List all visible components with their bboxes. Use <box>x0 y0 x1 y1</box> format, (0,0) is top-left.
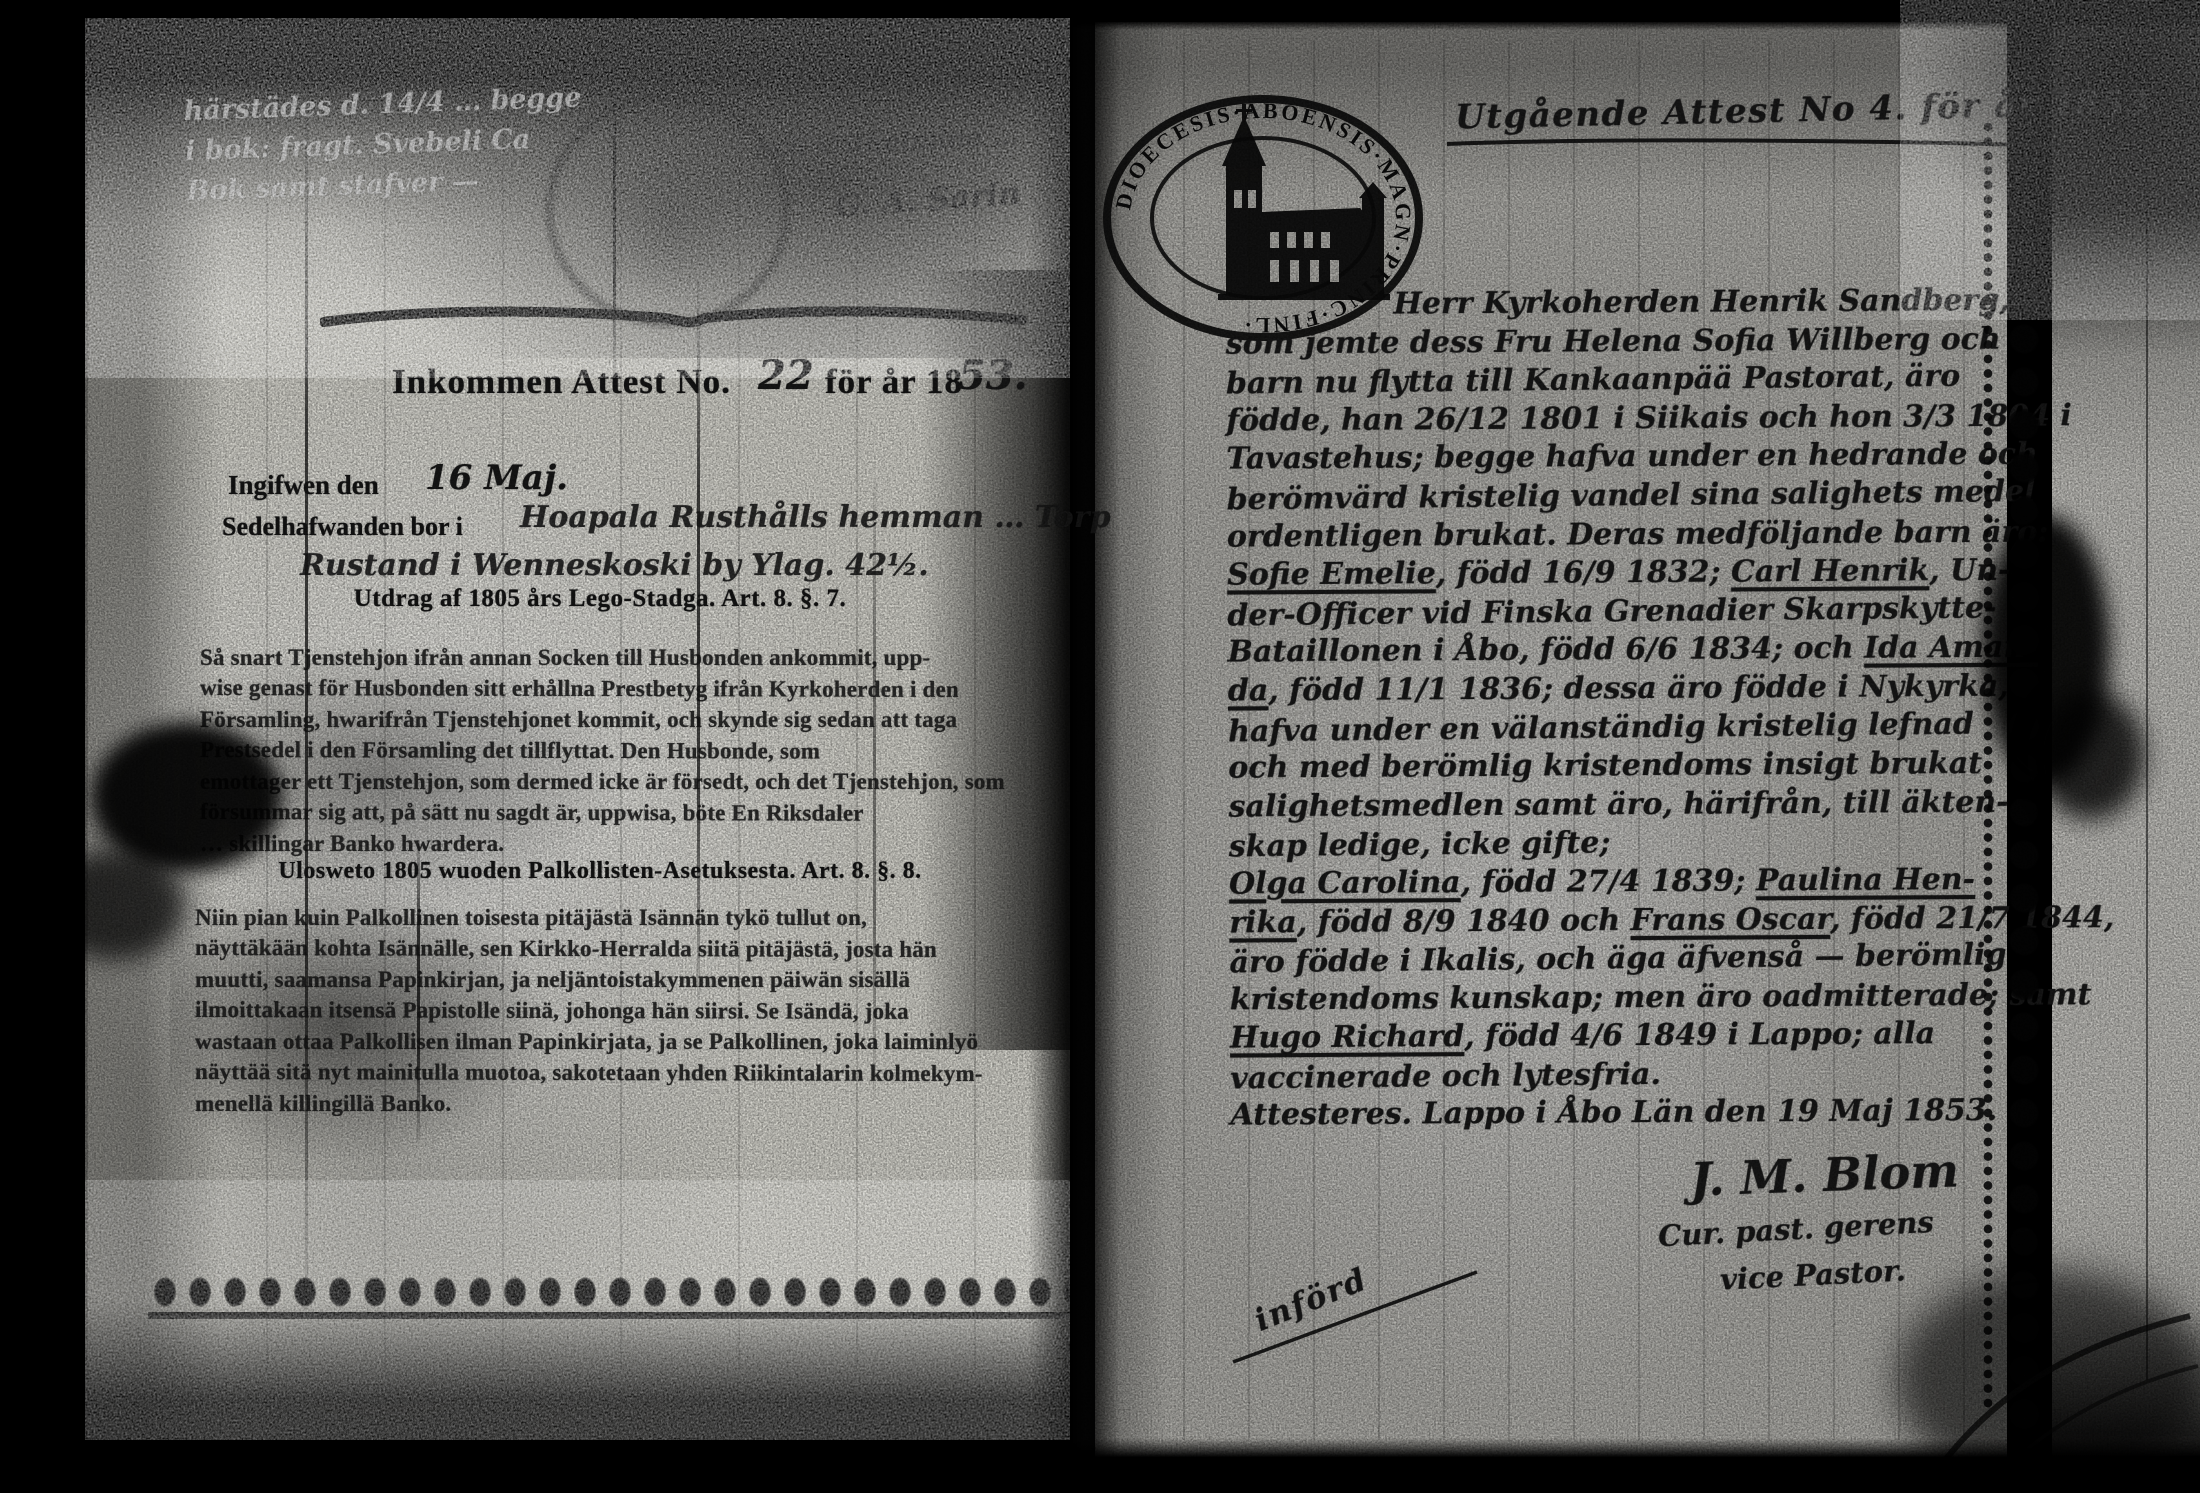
text-line: ilmoittakaan itsensä Papistolle siinä, j… <box>195 994 983 1027</box>
form-title-printed: Inkommen Attest No. <box>392 362 731 402</box>
scan-border <box>0 0 88 1493</box>
scan-border <box>0 0 2200 30</box>
text-line: Församling, hwarifrån Tjenstehjonet komm… <box>200 704 1005 735</box>
text-line: Bataillonen i Åbo, född 6/6 1834; och Id… <box>1228 629 2063 673</box>
printed-ornament-baseline <box>148 1312 1070 1319</box>
top-marginalia-handwriting: härstädes d. 14/4 … beggei bok: fragt. S… <box>183 78 585 212</box>
text-line: näyttää sitä nyt mainitulla muotoa, sako… <box>195 1056 983 1089</box>
text-line: näyttäkään kohta Isännälle, sen Kirkko-H… <box>195 932 983 965</box>
text-line: wise genast för Husbonden sitt erhållna … <box>200 672 1005 705</box>
text-line: emottager ett Tjenstehjon, som dermed ic… <box>200 766 1005 797</box>
received-date-handwritten: 16 Maj. <box>425 458 568 498</box>
text-line: och med berömlig kristendoms insigt bruk… <box>1228 745 2063 789</box>
text-line: Niin pian kuin Palkollinen toisesta pitä… <box>195 902 983 933</box>
scan-shadow-top-right <box>1900 0 2200 300</box>
text-line: menellä killingillä Banko. <box>195 1088 983 1119</box>
received-label-printed: Ingifwen den <box>228 470 379 501</box>
text-line: Så snart Tjenstehjon ifrån annan Socken … <box>200 642 1005 673</box>
text-line: … skillingar Banko hwardera. <box>200 828 1005 859</box>
text-line: muutti, saamansa Papinkirjan, ja neljänt… <box>195 964 983 995</box>
swedish-statute-paragraph: Så snart Tjenstehjon ifrån annan Socken … <box>200 642 1005 859</box>
residence-value-handwritten: Rustand i Wenneskoski by Ylag. 42½. <box>300 548 929 583</box>
residence-label-printed: Sedelhafwanden bor i <box>222 512 463 542</box>
page-edge-bead-ornament-small <box>1980 120 1997 1410</box>
text-line: Attesteres. Lappo i Åbo Län den 19 Maj 1… <box>1230 1092 2065 1136</box>
text-line: Sofie Emelie, född 16/9 1832; Carl Henri… <box>1227 552 2062 596</box>
finnish-statute-paragraph: Niin pian kuin Palkollinen toisesta pitä… <box>195 902 983 1119</box>
finnish-statute-heading: Ulosweto 1805 wuoden Palkollisten-Asetuk… <box>150 858 1050 885</box>
pastor-signature: J. M. Blom <box>1689 1143 1960 1206</box>
shadow-blob-right <box>2035 690 2145 820</box>
text-line: da, född 11/1 1836; dessa äro födde i Ny… <box>1228 667 2063 711</box>
form-title-printed-year: för år 18 <box>825 362 963 402</box>
residence-value-handwritten: Hoapala Rusthålls hemman … Torp <box>520 500 1111 535</box>
swedish-statute-heading: Utdrag af 1805 års Lego-Stadga. Art. 8. … <box>150 585 1050 613</box>
text-line: försummar sig att, på sätt nu sagdt är, … <box>200 796 1005 829</box>
attest-body-handwriting: Herr Kyrkoherden Henrik Sandberg,som jem… <box>1225 281 2065 1135</box>
attest-year-handwritten: 53. <box>958 352 1028 399</box>
text-line: hafva under en välanständig kristelig le… <box>1228 704 2063 751</box>
page-edge-rule-line <box>2146 180 2148 1380</box>
faint-round-stamp <box>545 92 791 328</box>
scan-border <box>0 1438 2200 1493</box>
text-line: Prestsedel i den Församling det tillflyt… <box>200 734 1005 767</box>
text-line: Hugo Richard, född 4/6 1849 i Lappo; all… <box>1230 1015 2065 1059</box>
printed-ornament-border <box>148 1262 1070 1314</box>
text-line: Herr Kyrkoherden Henrik Sandberg, <box>1225 281 2060 325</box>
attest-number-handwritten: 22 <box>758 352 814 399</box>
text-line: födde, han 26/12 1801 i Siikais och hon … <box>1226 397 2061 441</box>
text-line: kristendoms kunskap; men äro oadmitterad… <box>1230 976 2065 1020</box>
text-line: ordentligen brukat. Deras medföljande ba… <box>1227 513 2062 557</box>
scan-shadow-bottom <box>85 1300 1070 1442</box>
text-line: Olga Carolina, född 27/4 1839; Paulina H… <box>1229 860 2064 904</box>
text-line: wastaan ottaa Palkollisen ilman Papinkir… <box>195 1026 983 1057</box>
scanned-book-spread: härstädes d. 14/4 … beggei bok: fragt. S… <box>0 0 2200 1493</box>
